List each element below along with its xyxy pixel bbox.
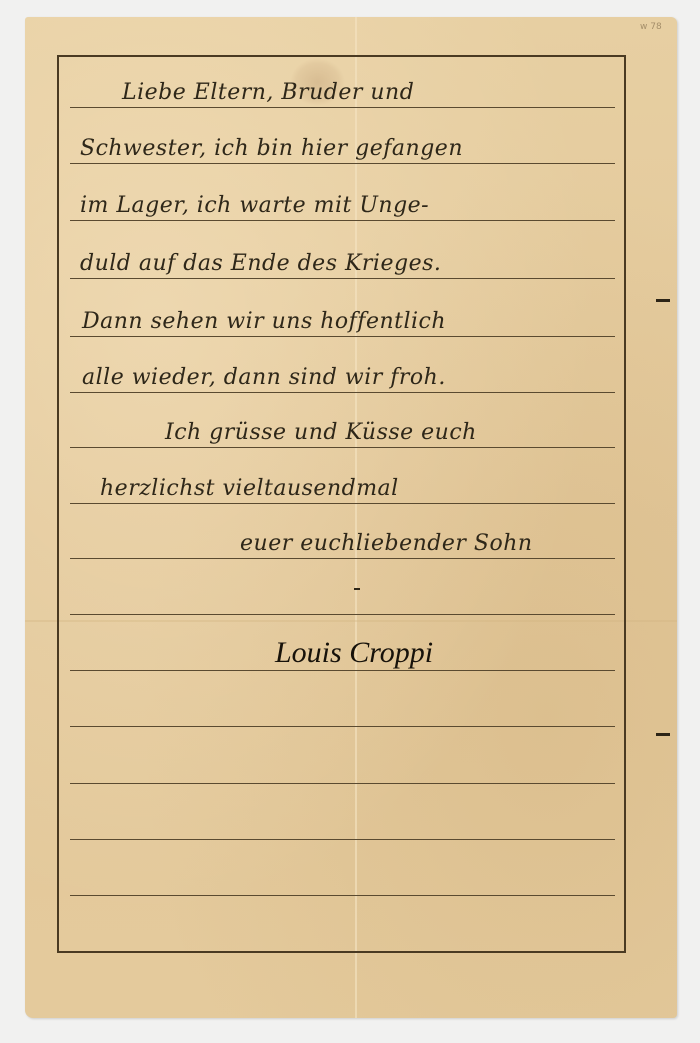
ruled-line [70,895,615,896]
ruled-line [70,726,615,727]
corner-pencil-note: w 78 [640,22,662,32]
ruled-line [70,839,615,840]
letter-line-4: duld auf das Ende des Krieges. [80,251,441,276]
letter-line-5: Dann sehen wir uns hoffentlich [82,309,446,334]
ruled-line [70,392,615,393]
letter-line-9-closing: euer euchliebender Sohn [240,531,533,556]
letter-line-2: Schwester, ich bin hier gefangen [80,136,463,161]
ruled-line [70,107,615,108]
ruled-line [70,558,615,559]
ruled-line [70,670,615,671]
separator-dash [354,588,360,590]
margin-tick-mark [656,299,670,302]
ruled-line [70,783,615,784]
ruled-line [70,503,615,504]
ruled-line [70,163,615,164]
ruled-line [70,220,615,221]
ruled-line [70,447,615,448]
letter-line-7: Ich grüsse und Küsse euch [165,420,477,445]
signature: Louis Croppi [275,636,433,670]
letter-line-1: Liebe Eltern, Bruder und [122,80,414,105]
ruled-line [70,278,615,279]
ruled-line [70,336,615,337]
letter-line-6: alle wieder, dann sind wir froh. [82,365,446,390]
letter-line-3: im Lager, ich warte mit Unge- [80,193,429,218]
printed-border-frame [57,55,626,953]
margin-tick-mark [656,733,670,736]
ruled-line [70,614,615,615]
letter-line-8: herzlichst vieltausendmal [100,476,399,501]
